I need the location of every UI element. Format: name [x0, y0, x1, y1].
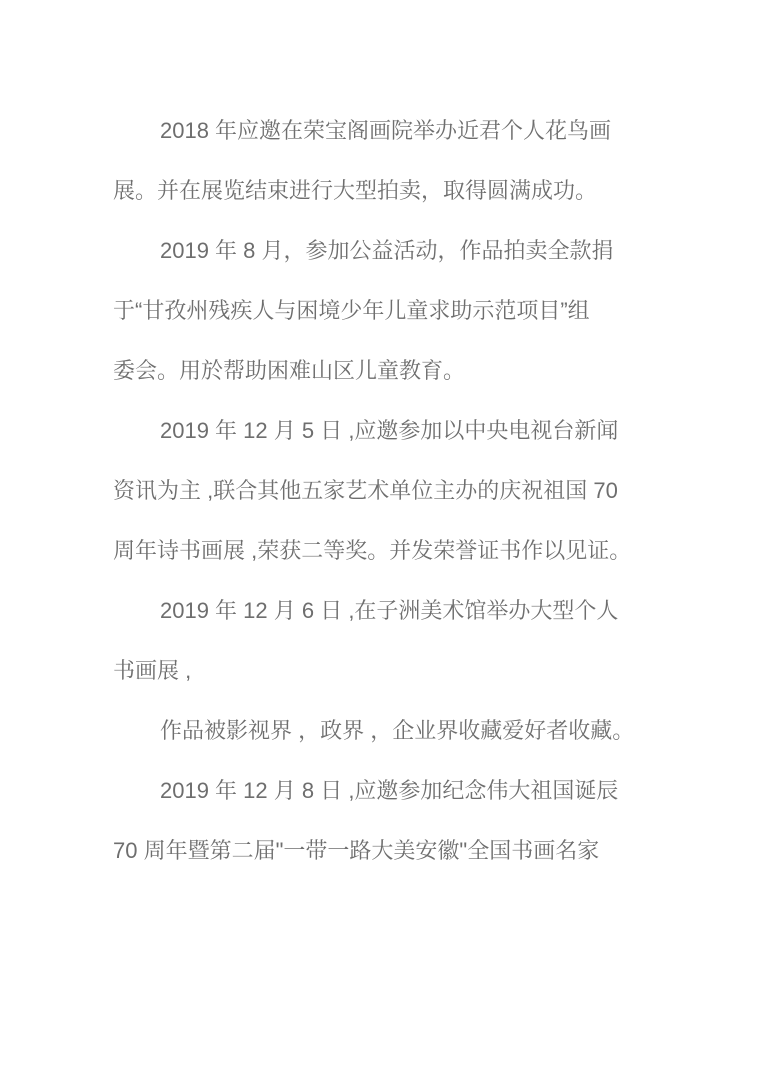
paragraph: 2018 年应邀在荣宝阁画院举办近君个人花鸟画展。并在展览结束进行大型拍卖，取得… — [113, 101, 650, 221]
paragraph: 2019 年 12 月 5 日 ,应邀参加以中央电视台新闻资讯为主 ,联合其他五… — [113, 401, 650, 581]
paragraph: 作品被影视界 ，政界 ，企业界收藏爱好者收藏。 — [113, 701, 650, 761]
document-page: 2018 年应邀在荣宝阁画院举办近君个人花鸟画展。并在展览结束进行大型拍卖，取得… — [0, 0, 763, 1080]
text-line: 书画展 , — [113, 641, 650, 701]
text-line: 2019 年 12 月 5 日 ,应邀参加以中央电视台新闻 — [113, 401, 650, 461]
text-line: 周年诗书画展 ,荣获二等奖。并发荣誉证书作以见证。 — [113, 521, 650, 581]
text-line: 作品被影视界 ，政界 ，企业界收藏爱好者收藏。 — [113, 701, 650, 761]
text-line: 于“甘孜州残疾人与困境少年儿童求助示范项目”组 — [113, 281, 650, 341]
text-line: 2018 年应邀在荣宝阁画院举办近君个人花鸟画 — [113, 101, 650, 161]
text-line: 展。并在展览结束进行大型拍卖，取得圆满成功。 — [113, 161, 650, 221]
document-body: 2018 年应邀在荣宝阁画院举办近君个人花鸟画展。并在展览结束进行大型拍卖，取得… — [113, 101, 650, 881]
paragraph: 2019 年 12 月 8 日 ,应邀参加纪念伟大祖国诞辰70 周年暨第二届"一… — [113, 761, 650, 881]
paragraph: 2019 年 12 月 6 日 ,在子洲美术馆举办大型个人书画展 , — [113, 581, 650, 701]
text-line: 2019 年 12 月 6 日 ,在子洲美术馆举办大型个人 — [113, 581, 650, 641]
text-line: 70 周年暨第二届"一带一路大美安徽"全国书画名家 — [113, 821, 650, 881]
paragraph: 2019 年 8 月，参加公益活动，作品拍卖全款捐于“甘孜州残疾人与困境少年儿童… — [113, 221, 650, 401]
text-line: 委会。用於帮助困难山区儿童教育。 — [113, 341, 650, 401]
text-line: 资讯为主 ,联合其他五家艺术单位主办的庆祝祖国 70 — [113, 461, 650, 521]
text-line: 2019 年 8 月，参加公益活动，作品拍卖全款捐 — [113, 221, 650, 281]
text-line: 2019 年 12 月 8 日 ,应邀参加纪念伟大祖国诞辰 — [113, 761, 650, 821]
